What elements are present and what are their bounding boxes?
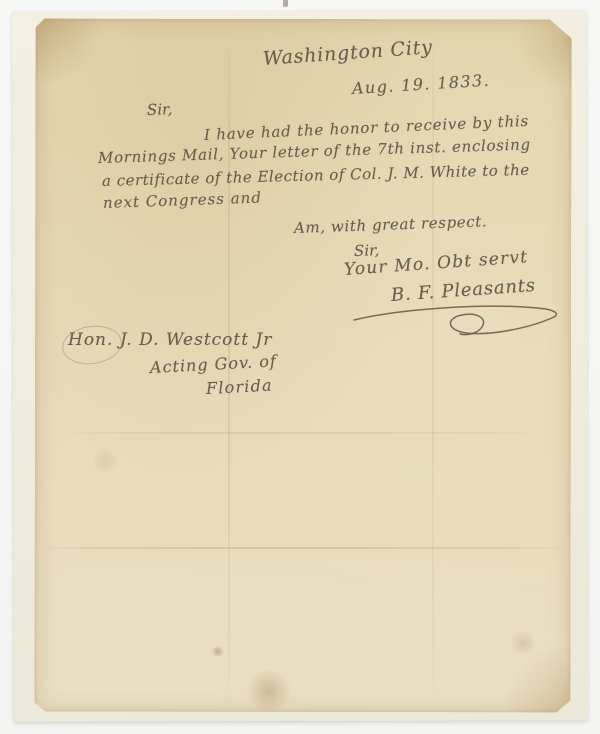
stain-mark [92,448,118,474]
scanned-letter-page: Washington City Aug. 19. 1833. Sir, I ha… [0,0,600,734]
address-line: Florida [206,376,274,398]
scan-edge-artifact [283,0,288,7]
stain-mark [246,668,292,714]
stain-mark [212,646,224,657]
salutation: Sir, [147,100,173,119]
horizontal-fold-crease [38,547,568,549]
address-line: Hon. J. D. Westcott Jr [68,330,272,350]
horizontal-fold-crease [60,432,540,434]
stain-mark [508,632,538,654]
signature-flourish-icon [350,300,562,342]
